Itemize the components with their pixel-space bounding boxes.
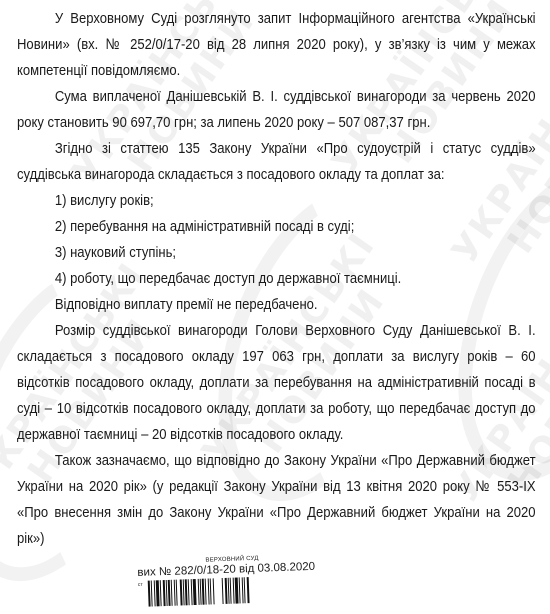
paragraph-budget-law: Також зазначаємо, що відповідно до Закон… [17,448,536,552]
list-item: 3) науковий ступінь; [17,240,550,266]
barcode [148,577,251,607]
paragraph-law-reference: Згідно зі статтею 135 Закону України «Пр… [17,136,536,188]
list-item: 4) роботу, що передбачає доступ до держа… [17,266,550,292]
paragraph-paid-amounts: Сума виплаченої Данішевській В. І. судді… [17,84,536,136]
paragraph-no-bonus: Відповідно виплату премії не передбачено… [17,292,550,318]
list-item: 2) перебування на адміністративній посад… [17,214,550,240]
list-item: 1) вислугу років; [17,188,550,214]
paragraph-request-intro: У Верховному Суді розглянуто запит Інфор… [17,6,536,84]
letter-body: У Верховному Суді розглянуто запит Інфор… [17,6,536,552]
barcode-prefix: ст [138,582,143,588]
registration-stamp: ВЕРХОВНИЙ СУД вих № 282/0/18-20 від 03.0… [137,554,309,607]
paragraph-salary-structure: Розмір суддівської винагороди Голови Вер… [17,318,536,448]
